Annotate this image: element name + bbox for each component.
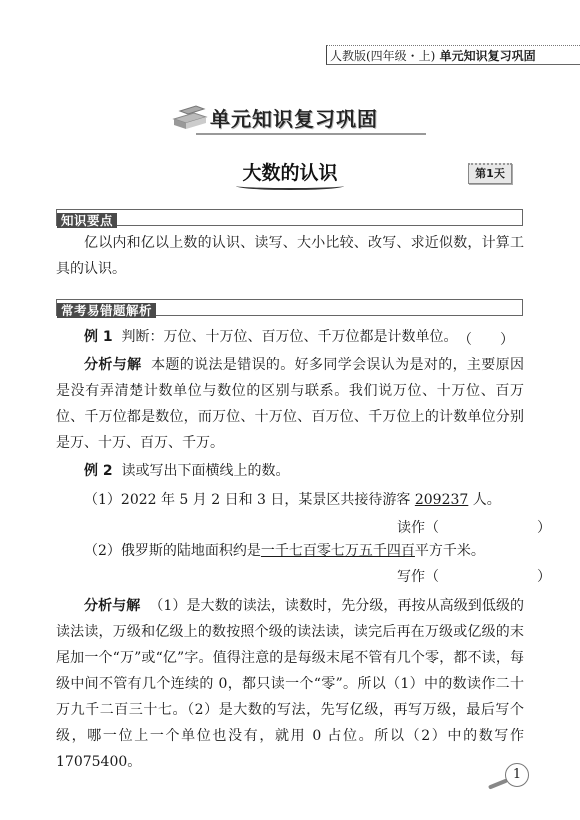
section-label-common-errors: 常考易错题解析 bbox=[57, 303, 156, 318]
page-number: 1 bbox=[505, 763, 529, 787]
example2-tag: 例 2 bbox=[84, 463, 113, 479]
example1-analysis: 分析与解 本题的说法是错误的。好多同学会误认为是对的，主要原因是没有弄清楚计数单… bbox=[56, 352, 524, 456]
banner-title: 单元知识复习巩固 bbox=[210, 103, 378, 132]
banner-underline bbox=[196, 133, 426, 135]
section-common-errors: 常考易错题解析 bbox=[56, 299, 523, 316]
running-head: 人教版(四年级・上) 单元知识复习巩固 bbox=[326, 45, 580, 65]
section-label: 单元知识复习巩固 bbox=[440, 49, 536, 63]
analysis-tag: 分析与解 bbox=[84, 357, 141, 373]
example2-question: 例 2 读或写出下面横线上的数。 bbox=[56, 458, 524, 484]
section-label-key-points: 知识要点 bbox=[57, 213, 117, 228]
unit-banner: 单元知识复习巩固 bbox=[172, 103, 412, 135]
key-points-text: 亿以内和亿以上数的认识、读写、大小比较、改写、求近似数，计算工具的认识。 bbox=[56, 230, 524, 282]
example2-part2: （2）俄罗斯的陆地面积约是一千七百零七万五千四百平方千米。 bbox=[84, 538, 524, 564]
part1-answer-blank: 读作（ ） bbox=[397, 517, 551, 537]
example1-answer-blank: （ ） bbox=[458, 329, 514, 349]
section-key-points: 知识要点 bbox=[56, 209, 523, 226]
magnifier-icon bbox=[488, 778, 508, 789]
analysis-tag-2: 分析与解 bbox=[84, 598, 140, 614]
book-stack-icon bbox=[172, 105, 208, 131]
part2-answer-blank: 写作（ ） bbox=[397, 566, 551, 586]
example2-part1: （1）2022 年 5 月 2 日和 3 日，某景区共接待游客 209237 人… bbox=[84, 487, 524, 513]
example1-question: 例 1 判断：万位、十万位、百万位、千万位都是计数单位。 bbox=[56, 324, 524, 350]
underlined-number: 209237 bbox=[415, 492, 468, 508]
example1-tag: 例 1 bbox=[84, 329, 113, 345]
edition-label: 人教版(四年级・上) bbox=[330, 49, 435, 63]
example2-analysis: 分析与解 （1）是大数的读法，读数时，先分级，再按从高级到低级的读法读，万级和亿… bbox=[56, 593, 524, 775]
day-badge: 第1天 bbox=[468, 163, 512, 184]
underlined-words: 一千七百零七万五千四百 bbox=[261, 543, 415, 559]
